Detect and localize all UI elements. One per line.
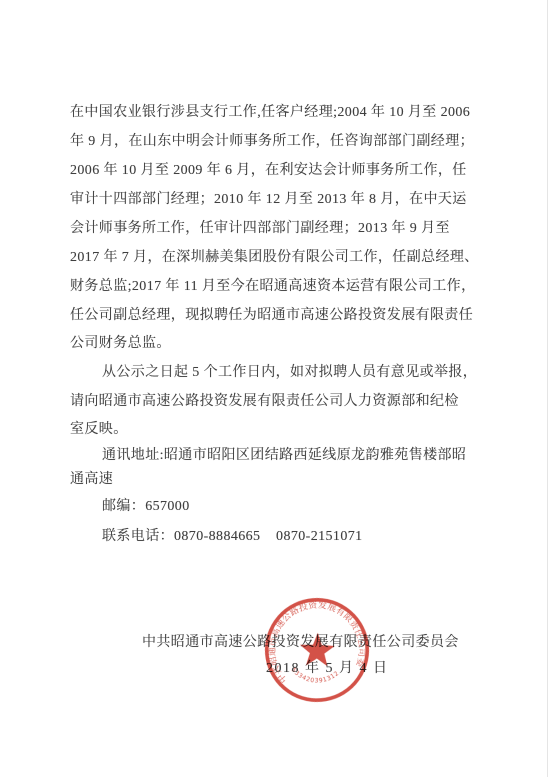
seal-star-icon [298,630,338,670]
body-line: 从公示之日起 5 个工作日内，如对拟聘人员有意见或举报， [102,363,502,383]
body-line: 请向昭通市高速公路投资发展有限责任公司人力资源部和纪检 [70,392,470,412]
body-line: 财务总监;2017 年 11 月至今在昭通高速资本运营有限公司工作， [70,277,470,297]
body-line: 任公司副总经理，现拟聘任为昭通市高速公路投资发展有限责任 [70,306,470,326]
body-line: 联系电话：0870-8884665 0870-2151071 [102,527,502,547]
body-line: 年 9 月，在山东中明会计师事务所工作，任咨询部部门副经理； [70,132,470,152]
body-line: 室反映。 [70,420,470,440]
body-line: 审计十四部部门经理；2010 年 12 月至 2013 年 8 月，在中天运 [70,190,470,210]
body-line: 2017 年 7 月，在深圳赫美集团股份有限公司工作，任副总经理、 [70,248,470,268]
body-line: 通高速 [70,470,470,490]
scan-edge-line [547,0,548,777]
body-line: 在中国农业银行涉县支行工作,任客户经理;2004 年 10 月至 2006 [70,103,470,123]
seal-serial-textpath: 533420391312 [289,659,341,689]
body-line: 通讯地址:昭通市昭阳区团结路西延线原龙韵雅苑售楼部昭 [102,446,502,466]
body-line: 邮编：657000 [102,497,502,517]
body-line: 公司财务总监。 [70,334,470,354]
body-line: 2006 年 10 月至 2009 年 6 月，在利安达会计师事务所工作，任 [70,161,470,181]
document-page: 在中国农业银行涉县支行工作,任客户经理;2004 年 10 月至 2006 年 … [0,0,550,777]
official-seal: 中共昭通市高速公路投资发展有限责任公司委员会 533420391312 [254,587,379,712]
body-line: 会计师事务所工作，任审计四部部门副经理；2013 年 9 月至 [70,219,470,239]
seal-serial-text: 533420391312 [289,659,341,689]
